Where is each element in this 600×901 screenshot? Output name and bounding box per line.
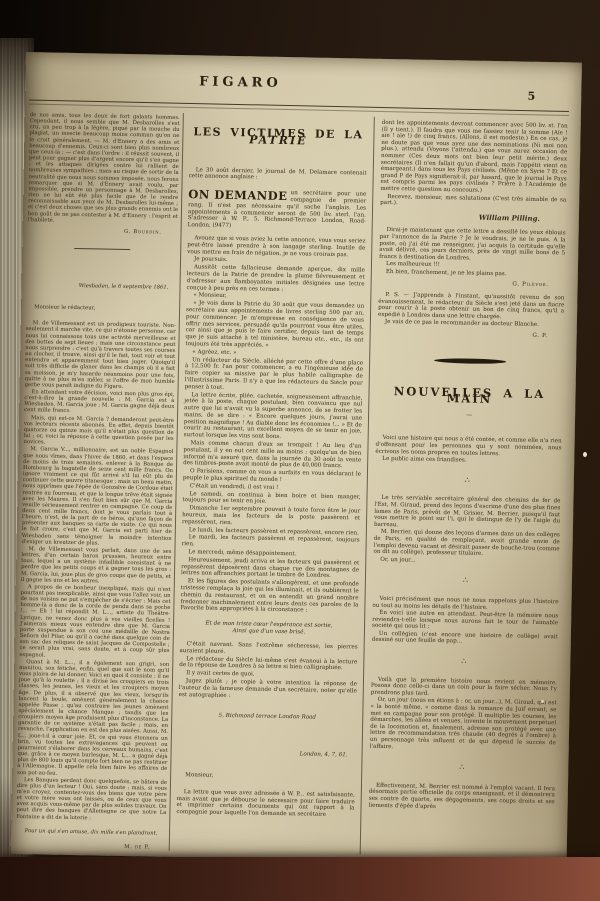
section-headline: NOUVELLES A LA MAIN — [376, 387, 562, 404]
right-column: dont les appointements devront commencer… — [361, 117, 571, 859]
paragraph: Dimanche 1er septembre pouvait à toute f… — [182, 505, 360, 529]
dust-speck — [583, 452, 587, 457]
paragraph: Jugez plutôt ; je copie à votre intentio… — [179, 678, 357, 702]
short-rule — [74, 248, 130, 250]
signature: G. P. — [378, 330, 564, 340]
ad-lead-text: ON DEMANDE — [188, 189, 287, 202]
photo-backdrop: FIGARO 5 de nos amis, tous les deux de f… — [0, 0, 600, 901]
dust-speck — [541, 700, 544, 703]
paragraph: de nos amis, tous les deux de fort galan… — [28, 112, 180, 226]
paragraph: Voilà que la première histoire nous revi… — [371, 676, 557, 699]
paragraph: Avouez que si vous aviez lu cette annonc… — [187, 235, 365, 259]
middle-column: LES VICTIMES DE LA PATRIELe 30 août dern… — [169, 113, 375, 855]
paragraph: M. Garcia V..., millionnaire, est un nob… — [22, 446, 174, 547]
left-column: de nos amis, tous les deux de fort galan… — [15, 110, 183, 851]
paragraph: Heureusement, jeudi arriva et les facteu… — [181, 557, 359, 581]
paragraph: Voici une histoire qui nous a été contée… — [375, 435, 561, 458]
dash-divider: — — [376, 411, 562, 421]
paragraph: dont les appointements devront commencer… — [380, 120, 567, 196]
paragraph: Dirai-je maintenant que cette lettre a d… — [379, 227, 566, 264]
paragraph: Mais comme chacun d'eux se trompait ! Au… — [183, 440, 361, 471]
paragraph: Les Banques perdent donc quelquefois, se… — [16, 777, 167, 823]
paragraph: La lettre que vous avez adressée à W. P.… — [176, 789, 354, 820]
paragraph: Or, un jour (nous en étions à : or, un j… — [370, 697, 557, 753]
paragraph: Et les figures des postulants s'allongèr… — [180, 578, 359, 615]
paragraph: M. Berrier, qui donne des leçons d'armes… — [373, 529, 559, 559]
asterism-divider: ∴ — [371, 657, 557, 667]
salutation: Monsieur, — [185, 772, 355, 782]
newspaper-page: FIGARO 5 de nos amis, tous les deux de f… — [11, 52, 582, 865]
signature: G. Bourdin. — [28, 227, 178, 236]
classified-ad: ON DEMANDEun secrétaire pour une compagn… — [188, 188, 367, 232]
paragraph: Aussitôt cette fallacieuse demande aperç… — [186, 264, 364, 295]
paragraph: Recevez, monsieur, mes salutations (C'es… — [380, 193, 566, 210]
paragraph: Un rédacteur du Siècle, alléché par cett… — [185, 357, 364, 394]
page-number: 5 — [527, 90, 535, 103]
paragraph: M. de Villemessant est un prodigieux tou… — [25, 320, 176, 391]
asterism-divider: ∴ — [375, 476, 561, 486]
lens-ornament — [434, 358, 506, 364]
paragraph: A propos de ce bonheur inexpliqué, mais … — [19, 584, 170, 661]
paragraph: « Je vois dans la Patrie du 30 août que … — [185, 300, 364, 351]
paragraph: Le 30 août dernier, le journal de M. Del… — [189, 167, 367, 184]
signature: M. de P. — [16, 842, 166, 851]
paragraph: Effectivement, M. Berrier est nommé à l'… — [369, 783, 555, 813]
verse-quote: Et de mon triste cœur l'espérance est so… — [180, 620, 358, 636]
paragraph: P. S. — J'apprends à l'instant, qu'aussi… — [378, 292, 564, 322]
paragraph: En voici une autre en attendant. Peut-êt… — [372, 610, 558, 633]
dateline: Wiesbaden, le 6 septembre 1861. — [26, 282, 168, 291]
signature: G. Pilevor. — [379, 279, 565, 289]
headline-italic-word: PATRIE — [249, 133, 308, 147]
paragraph: La lettre écrite, pliée, cachetée, soign… — [184, 392, 363, 443]
asterism-divider: ∴ — [369, 763, 555, 773]
verse-quote: Pour un qui s'en amuse, dix mille s'en p… — [16, 828, 166, 837]
paragraph: Le très serviable secrétaire général des… — [374, 495, 561, 532]
paragraph: En attendant votre décision, voici mon p… — [24, 389, 174, 417]
columns-area: de nos amis, tous les deux de fort galan… — [15, 110, 571, 858]
paragraph: Mais, qui est-ce M. Garcia ? demanderont… — [23, 415, 174, 449]
asterism-divider: ∴ — [373, 576, 559, 586]
salutation: Monsieur le rédacteur, — [34, 304, 176, 313]
table-surface — [0, 857, 600, 901]
verse-line: Pour un qui s'en amuse, dix mille s'en p… — [16, 828, 166, 837]
paragraph: Un collégien (c'est encore une histoire … — [372, 631, 558, 648]
article-headline: LES VICTIMES DE LA PATRIE — [189, 129, 367, 146]
dateline: London, 4, 7, 61. — [178, 749, 348, 759]
paragraph: Quant à M. L..., il a également son grig… — [17, 659, 169, 779]
masthead-title: FIGARO — [0, 70, 512, 95]
paragraph: M. de Villemessant vous parlait, dans un… — [21, 546, 172, 586]
signature: William Pilling. — [380, 213, 566, 223]
address-line: 5, Richmond terrace London Road — [178, 712, 356, 722]
